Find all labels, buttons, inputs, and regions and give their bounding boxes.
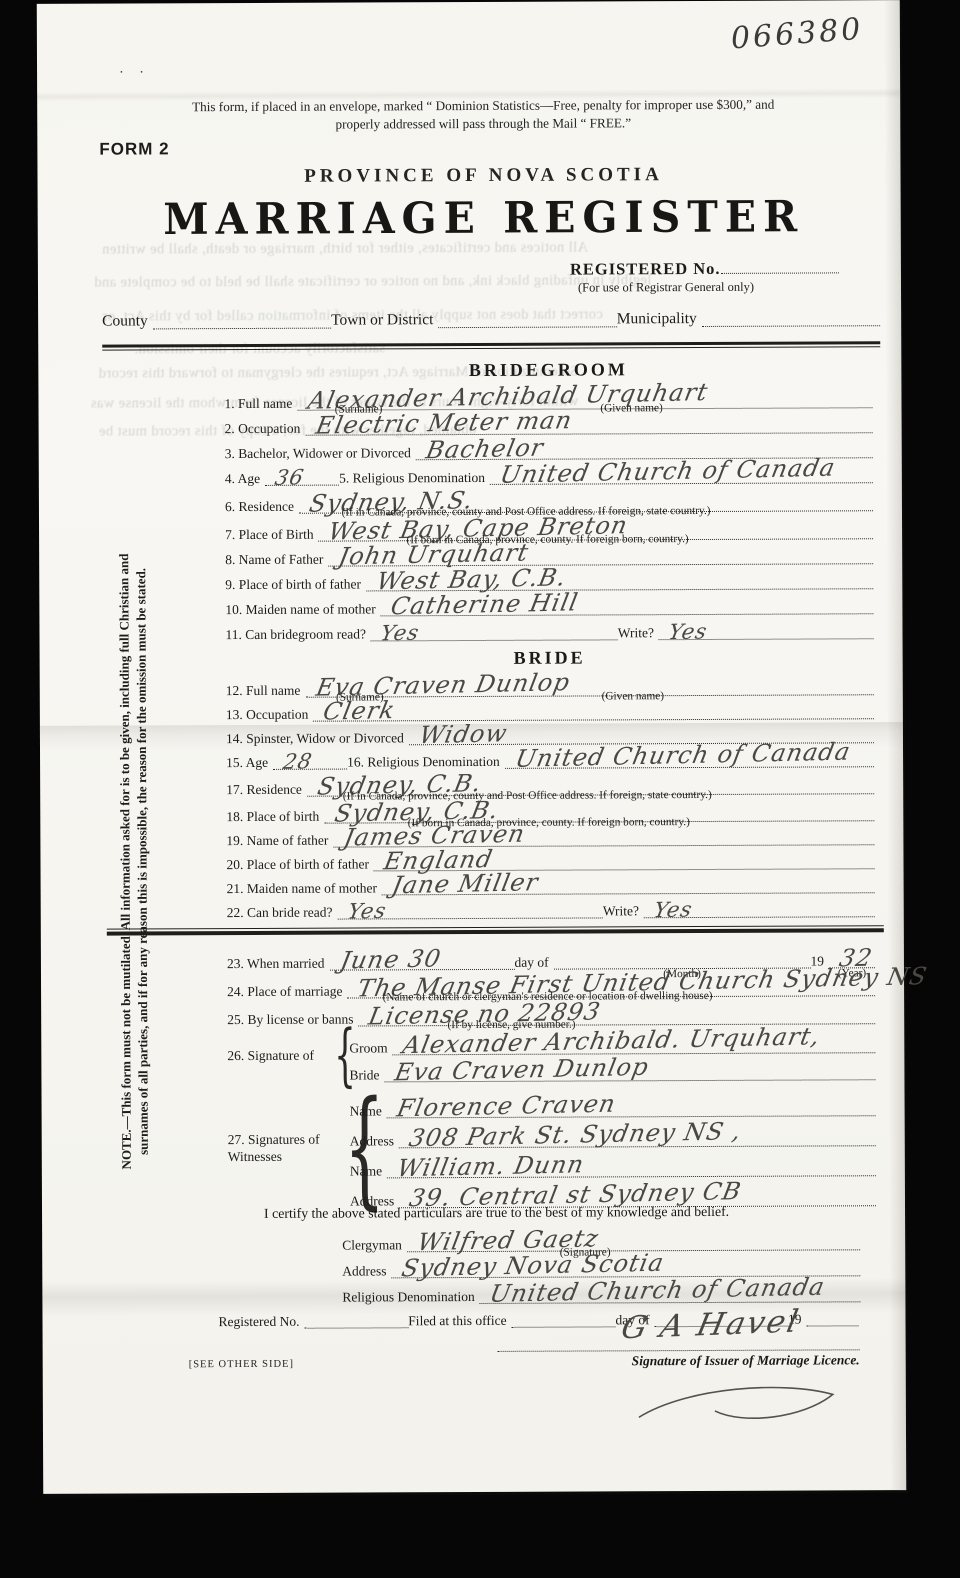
mail-note-line2: properly addressed will pass through the… bbox=[97, 114, 869, 136]
field-label: 1. Full name bbox=[224, 397, 297, 411]
field-label: 21. Maiden name of mother bbox=[227, 881, 382, 896]
dotted-line: Yes bbox=[371, 619, 618, 641]
signature-of-group: 26. Signature of GroomAlexander Archibal… bbox=[227, 1026, 875, 1083]
bridegroom-section: BRIDEGROOM 1. Full nameAlexander Archiba… bbox=[224, 358, 873, 642]
field-label: day of bbox=[515, 955, 554, 969]
witness-signatures-label: 27. Signatures of Witnesses bbox=[228, 1132, 324, 1166]
dotted-line: Yes bbox=[659, 618, 874, 640]
dotted-line: Alexander Archibald Urquhart bbox=[297, 387, 872, 411]
field-label: County bbox=[102, 313, 153, 329]
form-row: BrideEva Craven Dunlop bbox=[349, 1053, 875, 1082]
form-row: 7. Place of BirthWest Bay, Cape Breton(I… bbox=[225, 511, 873, 542]
dotted-line bbox=[438, 306, 616, 328]
signature-rows: GroomAlexander Archibald. Urquhart,Bride… bbox=[349, 1026, 875, 1082]
handwritten-value: Eva Craven Dunlop bbox=[392, 1053, 651, 1087]
registered-no-note: (For use of Registrar General only) bbox=[578, 279, 870, 295]
dotted-line bbox=[304, 1307, 408, 1328]
bride-section: BRIDE 12. Full nameEva Craven Dunlop(Sur… bbox=[226, 646, 875, 920]
form-row: 10. Maiden name of motherCatherine Hill bbox=[225, 589, 873, 617]
paper-sheet: All notices and certificates, either for… bbox=[37, 0, 906, 1494]
form-row: 24. Place of marriageThe Manse First Uni… bbox=[227, 968, 875, 999]
dotted-line: John Urquhart bbox=[328, 543, 873, 566]
field-label: 9. Place of birth of father bbox=[225, 577, 366, 592]
field-label: 13. Occupation bbox=[226, 708, 314, 723]
dotted-line: Florence Craven bbox=[387, 1095, 876, 1118]
form-row: 9. Place of birth of fatherWest Bay, C.B… bbox=[225, 564, 873, 592]
form-row: 13. OccupationClerk bbox=[226, 695, 874, 722]
handwritten-value: Yes bbox=[345, 899, 388, 924]
dotted-line: Catherine Hill bbox=[381, 593, 874, 616]
form-row: GroomAlexander Archibald. Urquhart, bbox=[349, 1026, 875, 1055]
dotted-line: United Church of Canada bbox=[490, 462, 873, 485]
form-row: 6. ResidenceSydney, N.S.(If in Canada, p… bbox=[225, 483, 873, 514]
field-label: Address bbox=[342, 1264, 391, 1278]
mail-instruction-note: This form, if placed in an envelope, mar… bbox=[97, 95, 869, 135]
field-label: 23. When married bbox=[227, 956, 330, 971]
field-label: Write? bbox=[603, 904, 644, 918]
marriage-details-section: 23. When marriedJune 30day of(Month)1932… bbox=[227, 940, 875, 1027]
field-label: 12. Full name bbox=[226, 684, 306, 699]
province-heading: PROVINCE OF NOVA SCOTIA bbox=[97, 163, 869, 188]
field-label: Filed at this office bbox=[408, 1314, 511, 1329]
field-label: 15. Age bbox=[226, 756, 273, 770]
form-row: 12. Full nameEva Craven Dunlop(Surname)(… bbox=[226, 668, 874, 698]
dotted-line: 36 bbox=[265, 465, 339, 486]
field-label: Write? bbox=[618, 626, 659, 640]
field-label: 16. Religious Denomination bbox=[347, 755, 505, 770]
field-label: 3. Bachelor, Widower or Divorced bbox=[225, 446, 416, 461]
dotted-line: Eva Craven Dunlop bbox=[384, 1059, 875, 1082]
clergyman-section: ClergymanWilfred Gaetz(Signature)Address… bbox=[342, 1224, 860, 1304]
handwritten-registration-number: 066380 bbox=[730, 12, 865, 57]
field-label: 6. Residence bbox=[225, 500, 299, 514]
paper-edge-shadow bbox=[884, 0, 907, 1490]
pen-flourish bbox=[633, 1378, 843, 1429]
issuer-signature-label: Signature of Issuer of Marriage Licence. bbox=[498, 1352, 860, 1370]
registered-no-block: REGISTERED No. (For use of Registrar Gen… bbox=[570, 258, 870, 295]
dotted-line: 308 Park St. Sydney NS , bbox=[399, 1125, 876, 1148]
dotted-line bbox=[498, 1329, 860, 1352]
form-row: NameFlorence Craven bbox=[349, 1086, 875, 1118]
dotted-line: West Bay, C.B. bbox=[366, 568, 873, 591]
ink-specks: · · bbox=[119, 65, 150, 81]
field-label: 10. Maiden name of mother bbox=[225, 602, 380, 617]
form-number-label: FORM 2 bbox=[99, 139, 169, 159]
divider-rule bbox=[107, 928, 884, 935]
document-title: MARRIAGE REGISTER bbox=[98, 191, 870, 245]
dotted-line: United Church of Canada bbox=[505, 746, 874, 769]
field-label: 19. Name of father bbox=[226, 833, 333, 848]
field-label: 20. Place of birth of father bbox=[226, 857, 374, 872]
dotted-line: Electric Meter man bbox=[305, 412, 872, 435]
handwritten-value: Yes bbox=[652, 897, 695, 922]
form-row: 18. Place of birthSydney, C.B.(If born i… bbox=[226, 794, 874, 824]
dotted-line: James Craven bbox=[333, 824, 874, 847]
field-label: Address bbox=[350, 1134, 399, 1148]
bridegroom-heading: BRIDEGROOM bbox=[224, 358, 872, 383]
form-row: 19. Name of fatherJames Craven bbox=[226, 821, 874, 848]
county-district-row: CountyTown or DistrictMunicipality bbox=[102, 300, 880, 329]
dotted-line: June 30 bbox=[329, 949, 514, 971]
form-row: 22. Can bride read?YesWrite?Yes bbox=[227, 893, 875, 920]
dotted-line: Yes bbox=[644, 896, 875, 918]
bride-rows: 12. Full nameEva Craven Dunlop(Surname)(… bbox=[226, 668, 875, 920]
dotted-line bbox=[512, 1306, 616, 1327]
bridegroom-rows: 1. Full nameAlexander Archibald Urquhart… bbox=[224, 380, 873, 642]
witness-signatures-group: 27. Signatures of Witnesses NameFlorence… bbox=[227, 1086, 876, 1209]
field-label: 18. Place of birth bbox=[226, 809, 324, 824]
form-row: 20. Place of birth of fatherEngland bbox=[226, 845, 874, 872]
form-row: Address308 Park St. Sydney NS , bbox=[350, 1116, 876, 1148]
form-row: 15. Age2816. Religious DenominationUnite… bbox=[226, 743, 874, 770]
dotted-line: England bbox=[374, 848, 875, 871]
field-label: 4. Age bbox=[225, 472, 265, 486]
handwritten-value: Yes bbox=[667, 619, 710, 644]
form-row: NameWilliam. Dunn bbox=[350, 1146, 876, 1178]
dotted-line bbox=[806, 1305, 858, 1326]
witness-rows: NameFlorence CravenAddress308 Park St. S… bbox=[349, 1086, 876, 1208]
field-label: Municipality bbox=[617, 311, 702, 328]
bride-heading: BRIDE bbox=[226, 646, 874, 671]
field-label: Name bbox=[350, 1104, 387, 1118]
dotted-line: Clerk bbox=[313, 698, 874, 721]
field-label: Town or District bbox=[331, 312, 438, 329]
field-label: 24. Place of marriage bbox=[227, 984, 348, 999]
field-label: 22. Can bride read? bbox=[227, 905, 338, 920]
field-label: 11. Can bridegroom read? bbox=[225, 627, 371, 642]
dotted-line bbox=[702, 305, 880, 327]
field-label: Clergyman bbox=[342, 1238, 407, 1252]
field-label: 17. Residence bbox=[226, 783, 307, 798]
form-row: CountyTown or DistrictMunicipality bbox=[102, 300, 880, 329]
field-label: Name bbox=[350, 1164, 387, 1178]
certification-statement: I certify the above stated particulars a… bbox=[264, 1204, 729, 1222]
brace-glyph bbox=[323, 1089, 350, 1209]
registered-no-label: REGISTERED No. bbox=[570, 259, 721, 279]
field-label: 2. Occupation bbox=[225, 422, 306, 437]
field-label: 5. Religious Denomination bbox=[339, 471, 490, 486]
form-row: 4. Age365. Religious DenominationUnited … bbox=[225, 458, 873, 486]
field-label: 7. Place of Birth bbox=[225, 527, 319, 542]
margin-note-line2: surnames of all parties, and if for any … bbox=[132, 531, 152, 1191]
margin-note: NOTE.—This form must not be mutilated. A… bbox=[115, 531, 152, 1191]
form-row: 17. ResidenceSydney, C.B.(If in Canada, … bbox=[226, 767, 874, 797]
field-label: Groom bbox=[349, 1041, 392, 1055]
handwritten-value: Yes bbox=[379, 621, 422, 646]
field-label: 8. Name of Father bbox=[225, 552, 328, 567]
dotted-line bbox=[153, 308, 331, 330]
form-row: ClergymanWilfred Gaetz(Signature) bbox=[342, 1224, 860, 1252]
dotted-line bbox=[721, 272, 839, 274]
field-label: 14. Spinster, Widow or Divorced bbox=[226, 731, 409, 746]
form-row: 11. Can bridegroom read?YesWrite?Yes bbox=[225, 614, 873, 642]
dotted-line: Jane Miller bbox=[382, 872, 875, 895]
dotted-line: Alexander Archibald. Urquhart, bbox=[393, 1032, 876, 1055]
dotted-line: Yes bbox=[337, 897, 602, 919]
field-label: Registered No. bbox=[218, 1315, 304, 1330]
signature-of-label: 26. Signature of bbox=[227, 1047, 323, 1064]
scanned-page: All notices and certificates, either for… bbox=[0, 0, 960, 1578]
dotted-line: 28 bbox=[273, 749, 347, 770]
form-row: 2. OccupationElectric Meter man bbox=[225, 408, 873, 436]
dotted-line: William. Dunn bbox=[387, 1155, 876, 1178]
see-other-side-note: [SEE OTHER SIDE] bbox=[189, 1359, 294, 1370]
form-row: 21. Maiden name of motherJane Miller bbox=[227, 869, 875, 896]
dotted-line: Eva Craven Dunlop bbox=[305, 674, 873, 697]
